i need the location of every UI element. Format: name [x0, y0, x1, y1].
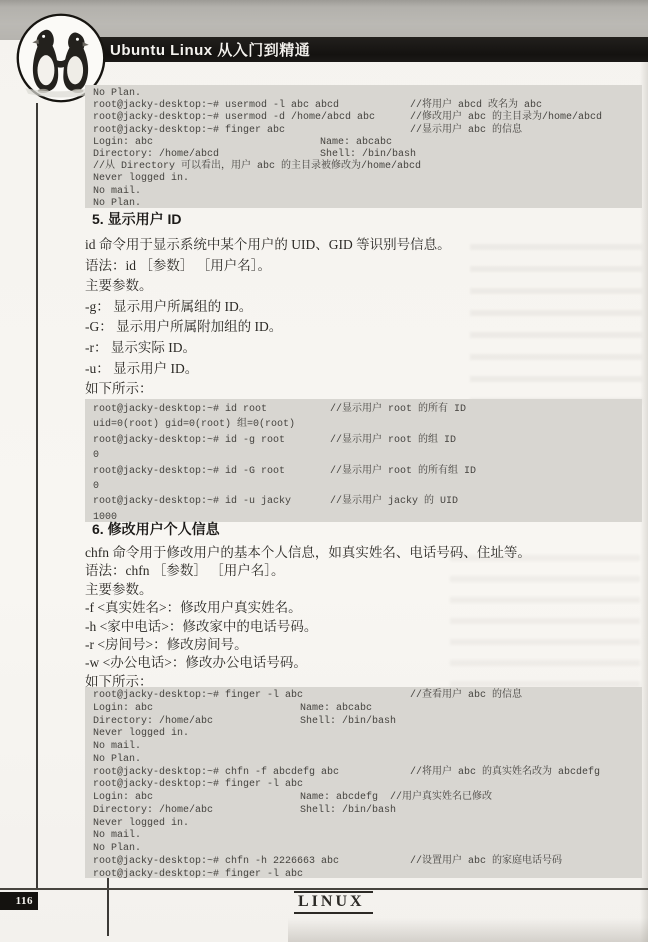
code-line: root@jacky-desktop:~# id -g root//显示用户 r…	[93, 433, 642, 448]
code-line: //从 Directory 可以看出，用户 abc 的主目录被修改为/home/…	[93, 161, 642, 173]
code-text: No Plan.	[93, 88, 141, 99]
code-line: Never logged in.	[93, 173, 642, 185]
body-text-line: -f <真实姓名>：修改用户真实姓名。	[85, 596, 645, 614]
code-line: Login: abcName: abcabc	[93, 703, 642, 716]
code-text: Directory: /home/abc	[93, 716, 213, 727]
body-text-line: 主要参数。	[85, 274, 645, 295]
code-line: Directory: /home/abcShell: /bin/bash	[93, 805, 642, 818]
terminal-output-block: root@jacky-desktop:~# id root//显示用户 root…	[85, 399, 642, 522]
book-page-scan: Ubuntu Linux 从入门到精通 No Plan.root@ja	[0, 0, 648, 942]
code-line: 0	[93, 479, 642, 494]
code-comment: //显示用户 root 的所有组 ID	[330, 464, 476, 479]
code-text: root@jacky-desktop:~# finger -l abc	[93, 779, 303, 790]
code-comment: //修改用户 abc 的主目录为/home/abcd	[410, 112, 602, 124]
code-line: No mail.	[93, 741, 642, 754]
section-heading: 5. 显示用户 ID	[85, 209, 645, 233]
code-comment: //将用户 abcd 改名为 abc	[410, 100, 542, 112]
code-line: root@jacky-desktop:~# chfn -h 2226663 ab…	[93, 856, 642, 869]
body-text-line: 如下所示：	[85, 377, 645, 398]
body-text-line: -w <办公电话>：修改办公电话号码。	[85, 651, 645, 669]
code-text: root@jacky-desktop:~# id -u jacky	[93, 496, 291, 507]
footer-rule	[0, 888, 648, 890]
code-line: Login: abcName: abcabc	[93, 137, 642, 149]
code-line: Never logged in.	[93, 728, 642, 741]
code-line: No Plan.	[93, 88, 642, 100]
code-line: root@jacky-desktop:~# finger -l abc//查看用…	[93, 690, 642, 703]
code-line: root@jacky-desktop:~# usermod -l abc abc…	[93, 100, 642, 112]
code-comment: Shell: /bin/bash	[300, 805, 396, 818]
code-text: root@jacky-desktop:~# chfn -f abcdefg ab…	[93, 767, 339, 778]
scan-corner-shading	[288, 918, 648, 942]
code-line: root@jacky-desktop:~# finger abc//显示用户 a…	[93, 125, 642, 137]
code-text: No Plan.	[93, 198, 141, 209]
code-text: Login: abc	[93, 792, 153, 803]
code-line: Login: abcName: abcdefg //用户真实姓名已修改	[93, 792, 642, 805]
body-text-line: -r： 显示实际 ID。	[85, 336, 645, 357]
code-text: //从 Directory 可以看出，用户 abc 的主目录被修改为/home/…	[93, 161, 421, 172]
code-comment: Name: abcabc	[300, 703, 372, 716]
code-comment: //查看用户 abc 的信息	[410, 690, 522, 703]
code-text: root@jacky-desktop:~# id root	[93, 404, 267, 415]
section-body: id 命令用于显示系统中某个用户的 UID、GID 等识别号信息。语法：id ［…	[85, 233, 645, 398]
body-text-line: 语法：id ［参数］ ［用户名］。	[85, 254, 645, 275]
body-text-line: -r <房间号>：修改房间号。	[85, 633, 645, 651]
section-body: chfn 命令用于修改用户的基本个人信息，如真实姓名、电话号码、住址等。语法：c…	[85, 541, 645, 688]
code-text: root@jacky-desktop:~# finger -l abc	[93, 690, 303, 701]
terminal-output-block: root@jacky-desktop:~# finger -l abc//查看用…	[85, 687, 642, 878]
code-line: No mail.	[93, 830, 642, 843]
book-title: Ubuntu Linux 从入门到精通	[110, 39, 310, 60]
linux-brand-text: LINUX	[294, 891, 373, 914]
code-line: root@jacky-desktop:~# finger -l abc	[93, 869, 642, 882]
code-text: Login: abc	[93, 703, 153, 714]
code-text: root@jacky-desktop:~# id -g root	[93, 435, 285, 446]
code-comment: //显示用户 root 的所有 ID	[330, 402, 466, 417]
code-line: root@jacky-desktop:~# id root//显示用户 root…	[93, 402, 642, 417]
terminal-output-block: No Plan.root@jacky-desktop:~# usermod -l…	[85, 85, 642, 208]
code-comment: Name: abcabc	[320, 137, 392, 149]
code-text: root@jacky-desktop:~# finger -l abc	[93, 869, 303, 880]
body-text-line: 主要参数。	[85, 578, 645, 596]
code-comment: //将用户 abc 的真实姓名改为 abcdefg	[410, 767, 600, 780]
code-comment: Shell: /bin/bash	[320, 149, 416, 161]
code-text: No mail.	[93, 741, 141, 752]
body-text-line: -h <家中电话>：修改家中的电话号码。	[85, 615, 645, 633]
code-text: Never logged in.	[93, 818, 189, 829]
section-display-user-id: 5. 显示用户 ID id 命令用于显示系统中某个用户的 UID、GID 等识别…	[85, 209, 645, 398]
code-text: Directory: /home/abc	[93, 805, 213, 816]
body-text-line: 如下所示：	[85, 670, 645, 688]
body-text-line: chfn 命令用于修改用户的基本个人信息，如真实姓名、电话号码、住址等。	[85, 541, 645, 559]
page-number: 116	[16, 895, 33, 907]
chapter-header-bar: Ubuntu Linux 从入门到精通	[76, 37, 648, 62]
code-text: Never logged in.	[93, 173, 189, 184]
code-text: root@jacky-desktop:~# usermod -l abc abc…	[93, 100, 339, 111]
linux-brand-logo: LINUX	[294, 891, 373, 914]
page-number-badge: 116	[0, 892, 38, 910]
code-line: root@jacky-desktop:~# finger -l abc	[93, 779, 642, 792]
code-text: root@jacky-desktop:~# usermod -d /home/a…	[93, 112, 375, 123]
code-text: root@jacky-desktop:~# id -G root	[93, 466, 285, 477]
code-comment: Shell: /bin/bash	[300, 716, 396, 729]
body-text-line: -g： 显示用户所属组的 ID。	[85, 295, 645, 316]
body-text-line: -G： 显示用户所属附加组的 ID。	[85, 315, 645, 336]
body-text-line: 语法：chfn ［参数］ ［用户名］。	[85, 559, 645, 577]
code-line: root@jacky-desktop:~# usermod -d /home/a…	[93, 112, 642, 124]
code-line: Never logged in.	[93, 818, 642, 831]
code-text: No mail.	[93, 186, 141, 197]
code-comment: //显示用户 jacky 的 UID	[330, 494, 458, 509]
footer-margin-rule	[107, 876, 109, 936]
code-line: uid=0(root) gid=0(root) 组=0(root)	[93, 417, 642, 432]
section-heading: 6. 修改用户个人信息	[85, 519, 645, 541]
code-text: uid=0(root) gid=0(root) 组=0(root)	[93, 419, 295, 430]
code-line: No Plan.	[93, 843, 642, 856]
code-text: No Plan.	[93, 843, 141, 854]
code-text: No Plan.	[93, 754, 141, 765]
section-modify-user-info: 6. 修改用户个人信息 chfn 命令用于修改用户的基本个人信息，如真实姓名、电…	[85, 519, 645, 688]
body-text-line: id 命令用于显示系统中某个用户的 UID、GID 等识别号信息。	[85, 233, 645, 254]
code-text: No mail.	[93, 830, 141, 841]
code-line: 0	[93, 448, 642, 463]
code-text: Never logged in.	[93, 728, 189, 739]
code-text: Directory: /home/abcd	[93, 149, 219, 160]
code-text: 0	[93, 481, 99, 492]
code-comment: //显示用户 abc 的信息	[410, 125, 522, 137]
code-line: root@jacky-desktop:~# id -u jacky//显示用户 …	[93, 494, 642, 509]
code-line: No mail.	[93, 186, 642, 198]
code-text: root@jacky-desktop:~# chfn -h 2226663 ab…	[93, 856, 339, 867]
code-line: root@jacky-desktop:~# chfn -f abcdefg ab…	[93, 767, 642, 780]
code-text: root@jacky-desktop:~# finger abc	[93, 125, 285, 136]
code-comment: Name: abcdefg //用户真实姓名已修改	[300, 792, 492, 805]
code-comment: //显示用户 root 的组 ID	[330, 433, 456, 448]
code-line: root@jacky-desktop:~# id -G root//显示用户 r…	[93, 464, 642, 479]
code-line: No Plan.	[93, 754, 642, 767]
code-line: Directory: /home/abcShell: /bin/bash	[93, 716, 642, 729]
left-margin-rule	[36, 103, 38, 890]
code-text: 0	[93, 450, 99, 461]
code-comment: //设置用户 abc 的家庭电话号码	[410, 856, 562, 869]
body-text-line: -u： 显示用户 ID。	[85, 357, 645, 378]
code-line: Directory: /home/abcdShell: /bin/bash	[93, 149, 642, 161]
code-text: Login: abc	[93, 137, 153, 148]
